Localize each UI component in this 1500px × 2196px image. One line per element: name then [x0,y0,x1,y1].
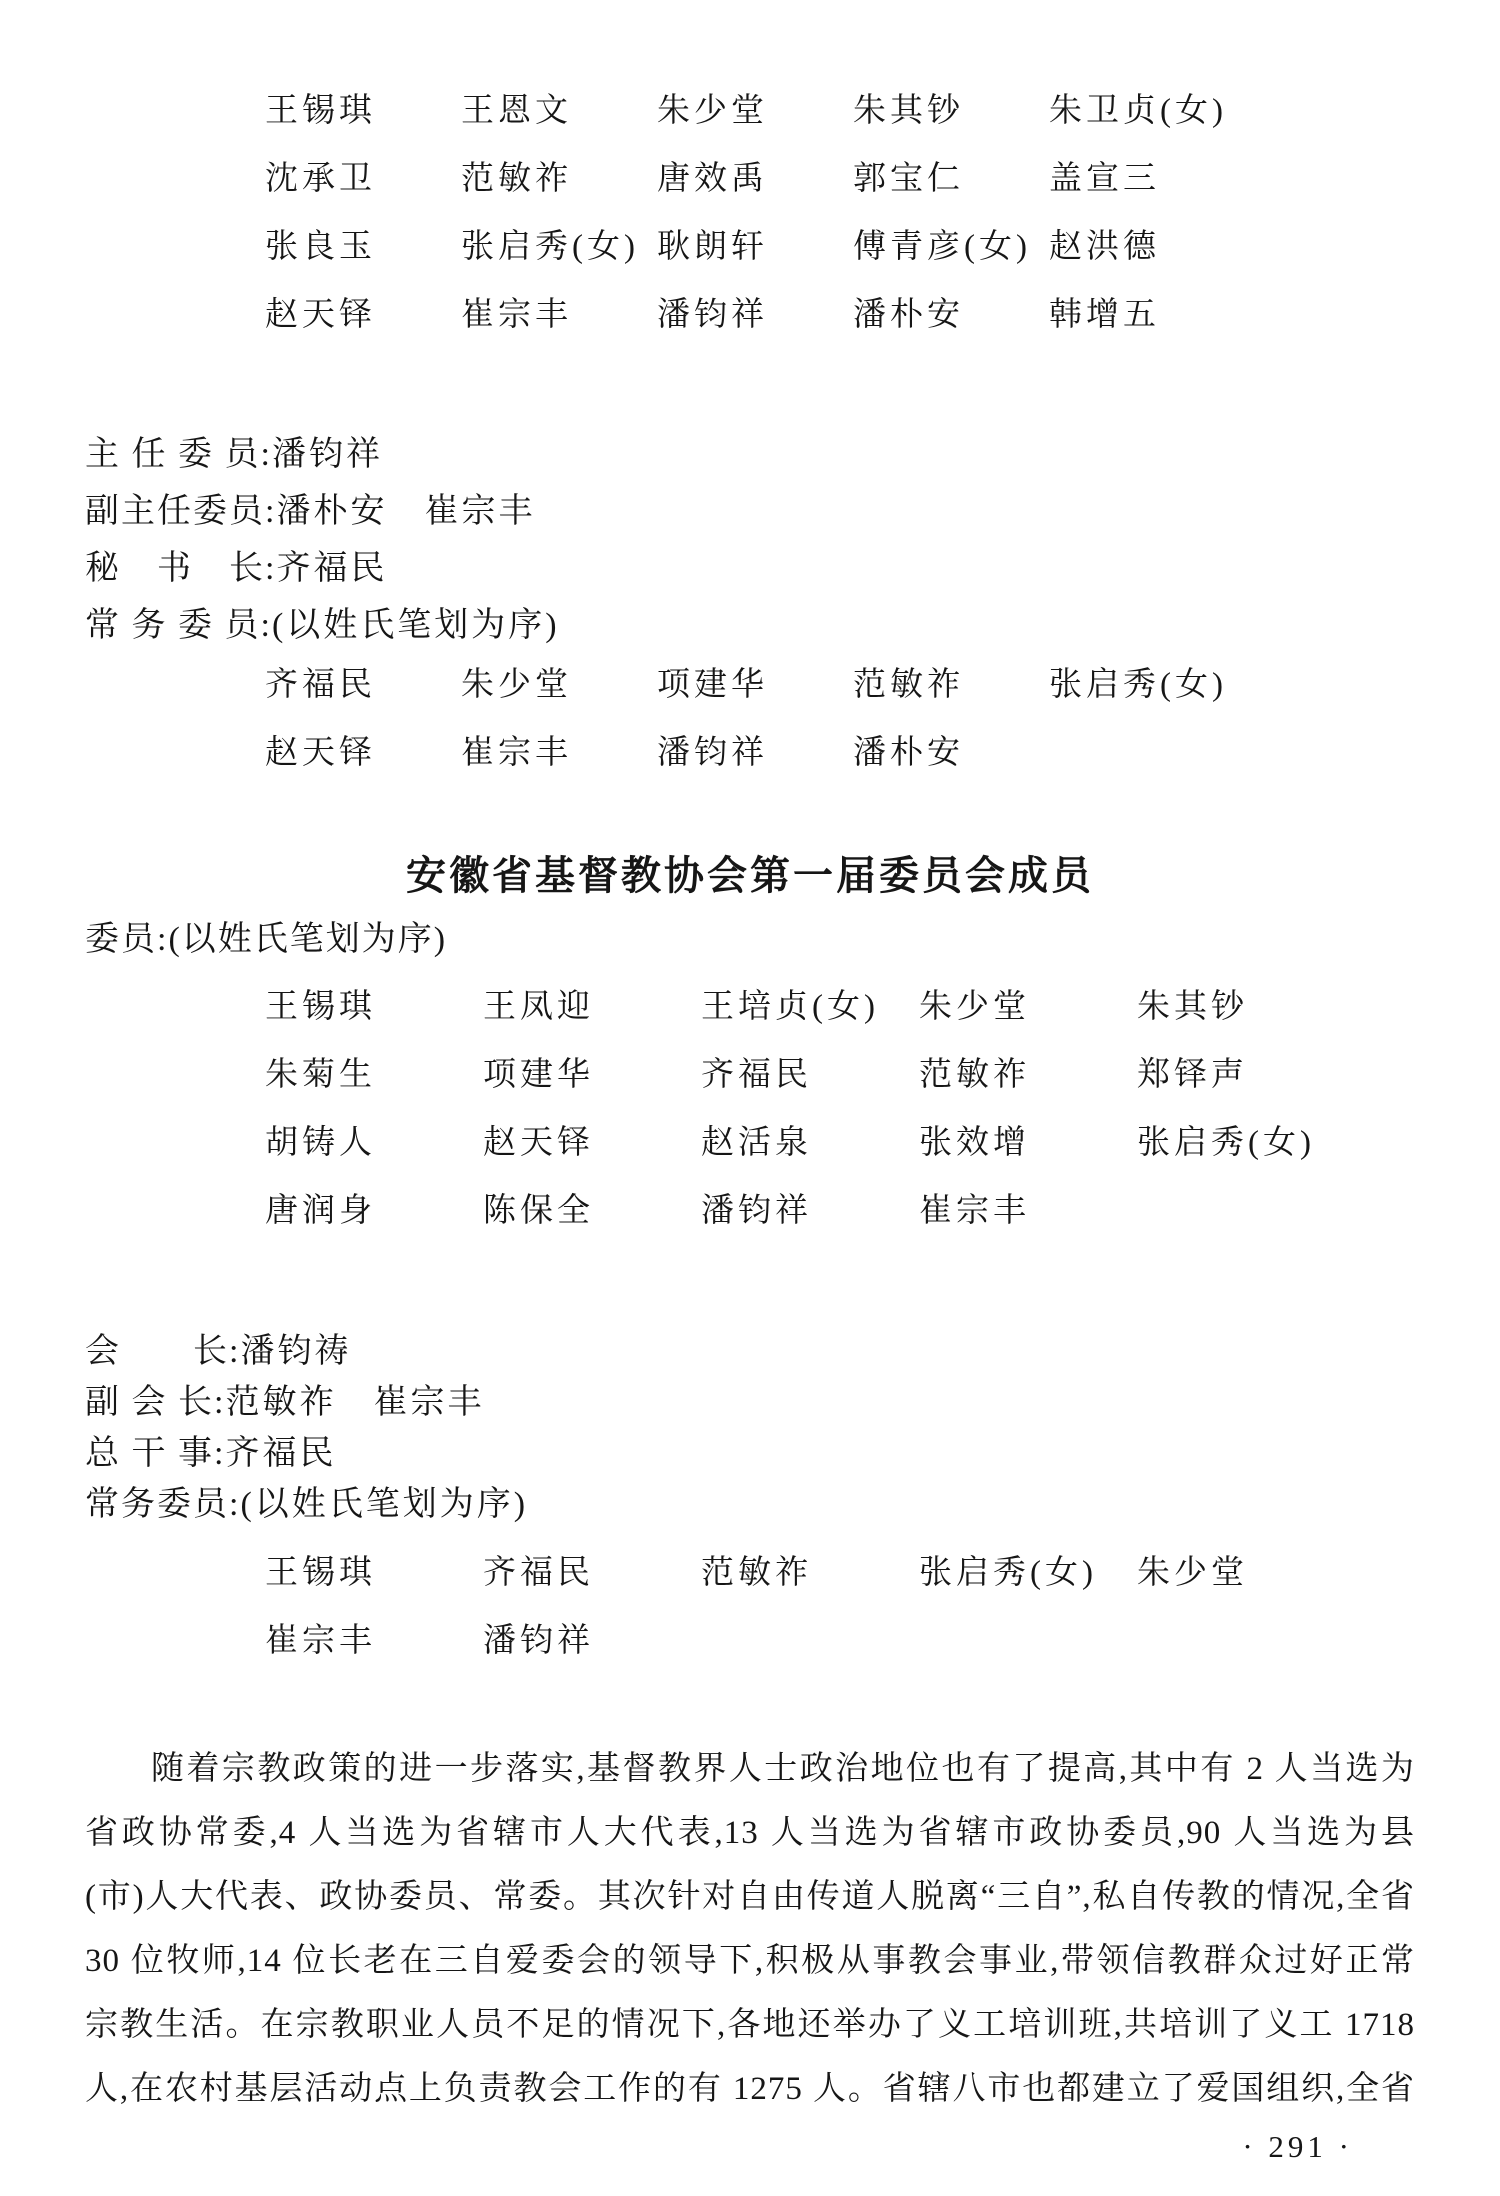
member-name: 崔宗丰 [461,735,657,771]
member-name: 潘钧祥 [483,1623,701,1659]
member-name: 盖宣三 [1049,161,1245,197]
member-name: 张启秀(女) [1137,1125,1355,1161]
officer-name: 潘朴安 崔宗丰 [276,493,535,530]
committee-1-member-grid: 王锡琪 王恩文 朱少堂 朱其钞 朱卫贞(女) 沈承卫 范敏祚 唐效禹 郭宝仁 盖… [265,93,1415,333]
member-row: 王锡琪 王凤迎 王培贞(女) 朱少堂 朱其钞 [265,989,1415,1025]
member-row: 齐福民 朱少堂 项建华 范敏祚 张启秀(女) [265,667,1415,703]
officer-line-standing-committee: 常务委员:(以姓氏笔划为序) [85,1479,1415,1530]
member-name: 潘朴安 [853,297,1049,333]
committee-1-standing-grid: 齐福民 朱少堂 项建华 范敏祚 张启秀(女) 赵天铎 崔宗丰 潘钧祥 潘朴安 [265,667,1415,771]
paragraph-line: 人,在农村基层活动点上负责教会工作的有 1275 人。省辖八市也都建立了爱国组织… [85,2057,1415,2121]
member-name: 赵天铎 [265,735,461,771]
member-name: 王锡琪 [265,93,461,129]
member-row: 王锡琪 齐福民 范敏祚 张启秀(女) 朱少堂 [265,1555,1415,1591]
member-name: 陈保全 [483,1193,701,1229]
member-name: 朱其钞 [853,93,1049,129]
member-name: 朱少堂 [461,667,657,703]
officer-title: 常务委员: [85,1486,240,1523]
member-name: 赵天铎 [483,1125,701,1161]
member-name: 胡铸人 [265,1125,483,1161]
member-name: 朱少堂 [657,93,853,129]
paragraph-line: 30 位牧师,14 位长老在三自爱委会的领导下,积极从事教会事业,带领信教群众过… [85,1929,1415,1993]
member-name: 张启秀(女) [919,1555,1137,1591]
officer-line-president: 会 长:潘钧祷 [85,1326,1415,1377]
member-row: 朱菊生 项建华 齐福民 范敏祚 郑铎声 [265,1057,1415,1093]
section-heading: 安徽省基督教协会第一届委员会成员 [85,853,1415,899]
member-row: 张良玉 张启秀(女) 耿朗轩 傅青彦(女) 赵洪德 [265,229,1415,265]
officer-title: 副 会 长: [85,1384,225,1421]
officer-title: 常 务 委 员: [85,607,272,644]
member-name: 潘钧祥 [657,297,853,333]
member-name: 赵活泉 [701,1125,919,1161]
member-row: 赵天铎 崔宗丰 潘钧祥 潘朴安 [265,735,1415,771]
member-name: 齐福民 [265,667,461,703]
member-name: 张效增 [919,1125,1137,1161]
member-name: 王锡琪 [265,1555,483,1591]
member-name: 王凤迎 [483,989,701,1025]
committee-2-officers: 会 长:潘钧祷 副 会 长:范敏祚 崔宗丰 总 干 事:齐福民 常务委员:(以姓… [85,1326,1415,1530]
officer-line-vice-chairman: 副主任委员:潘朴安 崔宗丰 [85,483,1415,540]
member-name: 王恩文 [461,93,657,129]
member-name: 齐福民 [483,1555,701,1591]
member-row: 唐润身 陈保全 潘钧祥 崔宗丰 [265,1193,1415,1229]
member-name: 唐润身 [265,1193,483,1229]
committee-2-standing-grid: 王锡琪 齐福民 范敏祚 张启秀(女) 朱少堂 崔宗丰 潘钧祥 [265,1555,1415,1659]
member-name: 张启秀(女) [461,229,657,265]
paragraph-line: 省政协常委,4 人当选为省辖市人大代表,13 人当选为省辖市政协委员,90 人当… [85,1801,1415,1865]
member-name: 齐福民 [701,1057,919,1093]
officer-name: 范敏祚 崔宗丰 [225,1384,484,1421]
member-name: 朱菊生 [265,1057,483,1093]
member-name: 潘钧祥 [701,1193,919,1229]
officer-title: 主 任 委 员: [85,436,272,473]
paragraph-line: 随着宗教政策的进一步落实,基督教界人士政治地位也有了提高,其中有 2 人当选为 [85,1737,1415,1801]
officer-note: (以姓氏笔划为序) [272,607,560,644]
member-row: 胡铸人 赵天铎 赵活泉 张效增 张启秀(女) [265,1125,1415,1161]
officer-name: 齐福民 [225,1435,336,1472]
member-name: 项建华 [657,667,853,703]
member-name: 朱其钞 [1137,989,1355,1025]
document-page: 王锡琪 王恩文 朱少堂 朱其钞 朱卫贞(女) 沈承卫 范敏祚 唐效禹 郭宝仁 盖… [0,0,1500,2196]
officer-note: (以姓氏笔划为序) [240,1486,528,1523]
member-name: 郭宝仁 [853,161,1049,197]
member-name: 范敏祚 [853,667,1049,703]
paragraph-line: (市)人大代表、政协委员、常委。其次针对自由传道人脱离“三自”,私自传教的情况,… [85,1865,1415,1929]
officer-name: 潘钧祷 [240,1333,351,1370]
officer-title: 会 长: [85,1333,240,1370]
member-name: 潘钧祥 [657,735,853,771]
member-name: 范敏祚 [919,1057,1137,1093]
officer-title: 副主任委员: [85,493,276,530]
member-name: 张良玉 [265,229,461,265]
officer-title: 总 干 事: [85,1435,225,1472]
officer-line-standing-committee: 常 务 委 员:(以姓氏笔划为序) [85,597,1415,654]
member-name: 唐效禹 [657,161,853,197]
member-name: 朱少堂 [919,989,1137,1025]
member-name: 韩增五 [1049,297,1245,333]
officer-line-vice-president: 副 会 长:范敏祚 崔宗丰 [85,1377,1415,1428]
member-name: 潘朴安 [853,735,1049,771]
officer-name: 潘钧祥 [272,436,383,473]
member-name: 王锡琪 [265,989,483,1025]
officer-line-general-secretary: 总 干 事:齐福民 [85,1428,1415,1479]
committee-2-member-grid: 王锡琪 王凤迎 王培贞(女) 朱少堂 朱其钞 朱菊生 项建华 齐福民 范敏祚 郑… [265,989,1415,1229]
member-name: 赵洪德 [1049,229,1245,265]
member-name: 耿朗轩 [657,229,853,265]
officer-name: 齐福民 [276,550,387,587]
member-name: 郑铎声 [1137,1057,1355,1093]
member-row: 王锡琪 王恩文 朱少堂 朱其钞 朱卫贞(女) [265,93,1415,129]
officer-line-chairman: 主 任 委 员:潘钧祥 [85,426,1415,483]
paragraph-line: 宗教生活。在宗教职业人员不足的情况下,各地还举办了义工培训班,共培训了义工 17… [85,1993,1415,2057]
member-row: 崔宗丰 潘钧祥 [265,1623,1415,1659]
officer-title: 秘 书 长: [85,550,276,587]
member-name: 范敏祚 [461,161,657,197]
member-name: 崔宗丰 [461,297,657,333]
member-name: 崔宗丰 [265,1623,483,1659]
member-name: 沈承卫 [265,161,461,197]
member-name: 王培贞(女) [701,989,919,1025]
member-name: 项建华 [483,1057,701,1093]
member-row: 沈承卫 范敏祚 唐效禹 郭宝仁 盖宣三 [265,161,1415,197]
member-name: 张启秀(女) [1049,667,1245,703]
committee-1-officers: 主 任 委 员:潘钧祥 副主任委员:潘朴安 崔宗丰 秘 书 长:齐福民 常 务 … [85,426,1415,654]
member-name: 赵天铎 [265,297,461,333]
member-name: 傅青彦(女) [853,229,1049,265]
body-paragraph: 随着宗教政策的进一步落实,基督教界人士政治地位也有了提高,其中有 2 人当选为 … [85,1737,1415,2121]
member-name: 朱少堂 [1137,1555,1355,1591]
page-number: · 291 · [85,2129,1415,2165]
officer-line-secretary-general: 秘 书 长:齐福民 [85,540,1415,597]
member-name: 朱卫贞(女) [1049,93,1245,129]
members-label: 委员:(以姓氏笔划为序) [85,921,1415,959]
member-name: 崔宗丰 [919,1193,1137,1229]
member-name: 范敏祚 [701,1555,919,1591]
member-row: 赵天铎 崔宗丰 潘钧祥 潘朴安 韩增五 [265,297,1415,333]
